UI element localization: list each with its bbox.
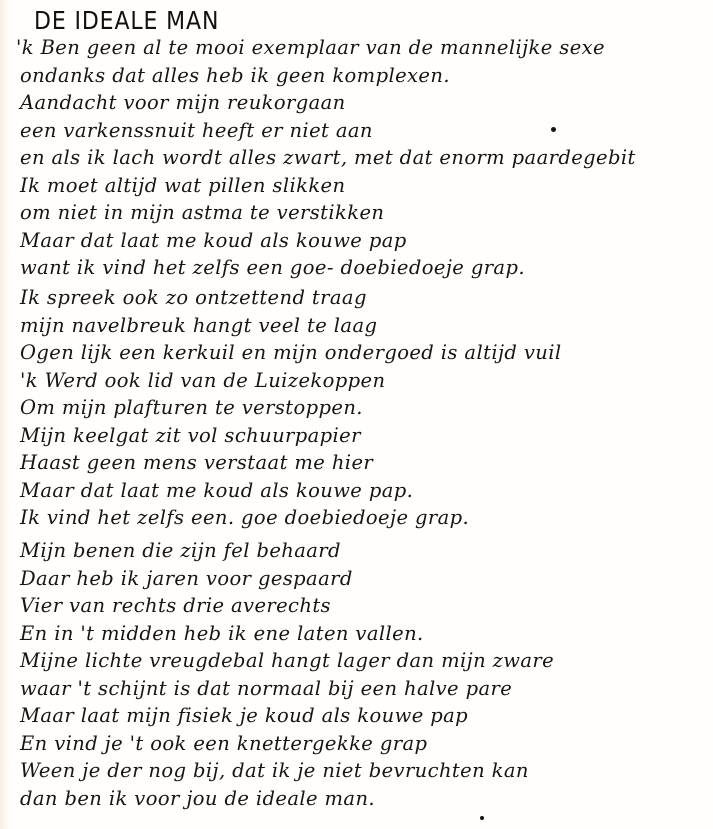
stanza-3: Mijn benen die zijn fel behaard Daar heb…	[20, 537, 554, 812]
poem-line: Vier van rechts drie averechts	[20, 592, 554, 620]
poem-line: Maar dat laat me koud als kouwe pap	[20, 227, 636, 255]
poem-line: ondanks dat alles heb ik geen komplexen.	[20, 62, 636, 90]
poem-line: Maar laat mijn fisiek je koud als kouwe …	[20, 702, 554, 730]
poem-line: want ik vind het zelfs een goe- doebiedo…	[20, 254, 636, 282]
stanza-1: 'k Ben geen al te mooi exemplaar van de …	[20, 34, 636, 282]
poem-line: om niet in mijn astma te verstikken	[20, 199, 636, 227]
poem-line: En in 't midden heb ik ene laten vallen.	[20, 620, 554, 648]
poem-line: Ik spreek ook zo ontzettend traag	[20, 284, 562, 312]
poem-line: Mijn benen die zijn fel behaard	[20, 537, 554, 565]
poem-line: Ogen lijk een kerkuil en mijn ondergoed …	[20, 339, 562, 367]
page-edge	[0, 0, 10, 829]
ink-dot	[551, 127, 556, 132]
poem-line: En vind je 't ook een knettergekke grap	[20, 730, 554, 758]
ink-dot	[480, 816, 484, 820]
poem-line: mijn navelbreuk hangt veel te laag	[20, 312, 562, 340]
poem-line: Haast geen mens verstaat me hier	[20, 449, 562, 477]
poem-line: een varkenssnuit heeft er niet aan	[20, 117, 636, 145]
poem-line: en als ik lach wordt alles zwart, met da…	[20, 144, 636, 172]
stanza-2: Ik spreek ook zo ontzettend traag mijn n…	[20, 284, 562, 532]
poem-line: Mijne lichte vreugdebal hangt lager dan …	[20, 647, 554, 675]
poem-title: DE IDEALE MAN	[34, 6, 219, 35]
poem-line: Mijn keelgat zit vol schuurpapier	[20, 422, 562, 450]
poem-line: 'k Ben geen al te mooi exemplaar van de …	[16, 34, 636, 62]
poem-line: Daar heb ik jaren voor gespaard	[20, 565, 554, 593]
poem-line: waar 't schijnt is dat normaal bij een h…	[20, 675, 554, 703]
poem-line: Om mijn plafturen te verstoppen.	[20, 394, 562, 422]
poem-line: Ween je der nog bij, dat ik je niet bevr…	[20, 757, 554, 785]
poem-line: Ik moet altijd wat pillen slikken	[20, 172, 636, 200]
poem-line: Aandacht voor mijn reukorgaan	[20, 89, 636, 117]
poem-line: dan ben ik voor jou de ideale man.	[20, 785, 554, 813]
poem-line: Ik vind het zelfs een. goe doebiedoeje g…	[20, 504, 562, 532]
handwritten-page: DE IDEALE MAN 'k Ben geen al te mooi exe…	[0, 0, 713, 829]
poem-line: 'k Werd ook lid van de Luizekoppen	[20, 367, 562, 395]
poem-line: Maar dat laat me koud als kouwe pap.	[20, 477, 562, 505]
